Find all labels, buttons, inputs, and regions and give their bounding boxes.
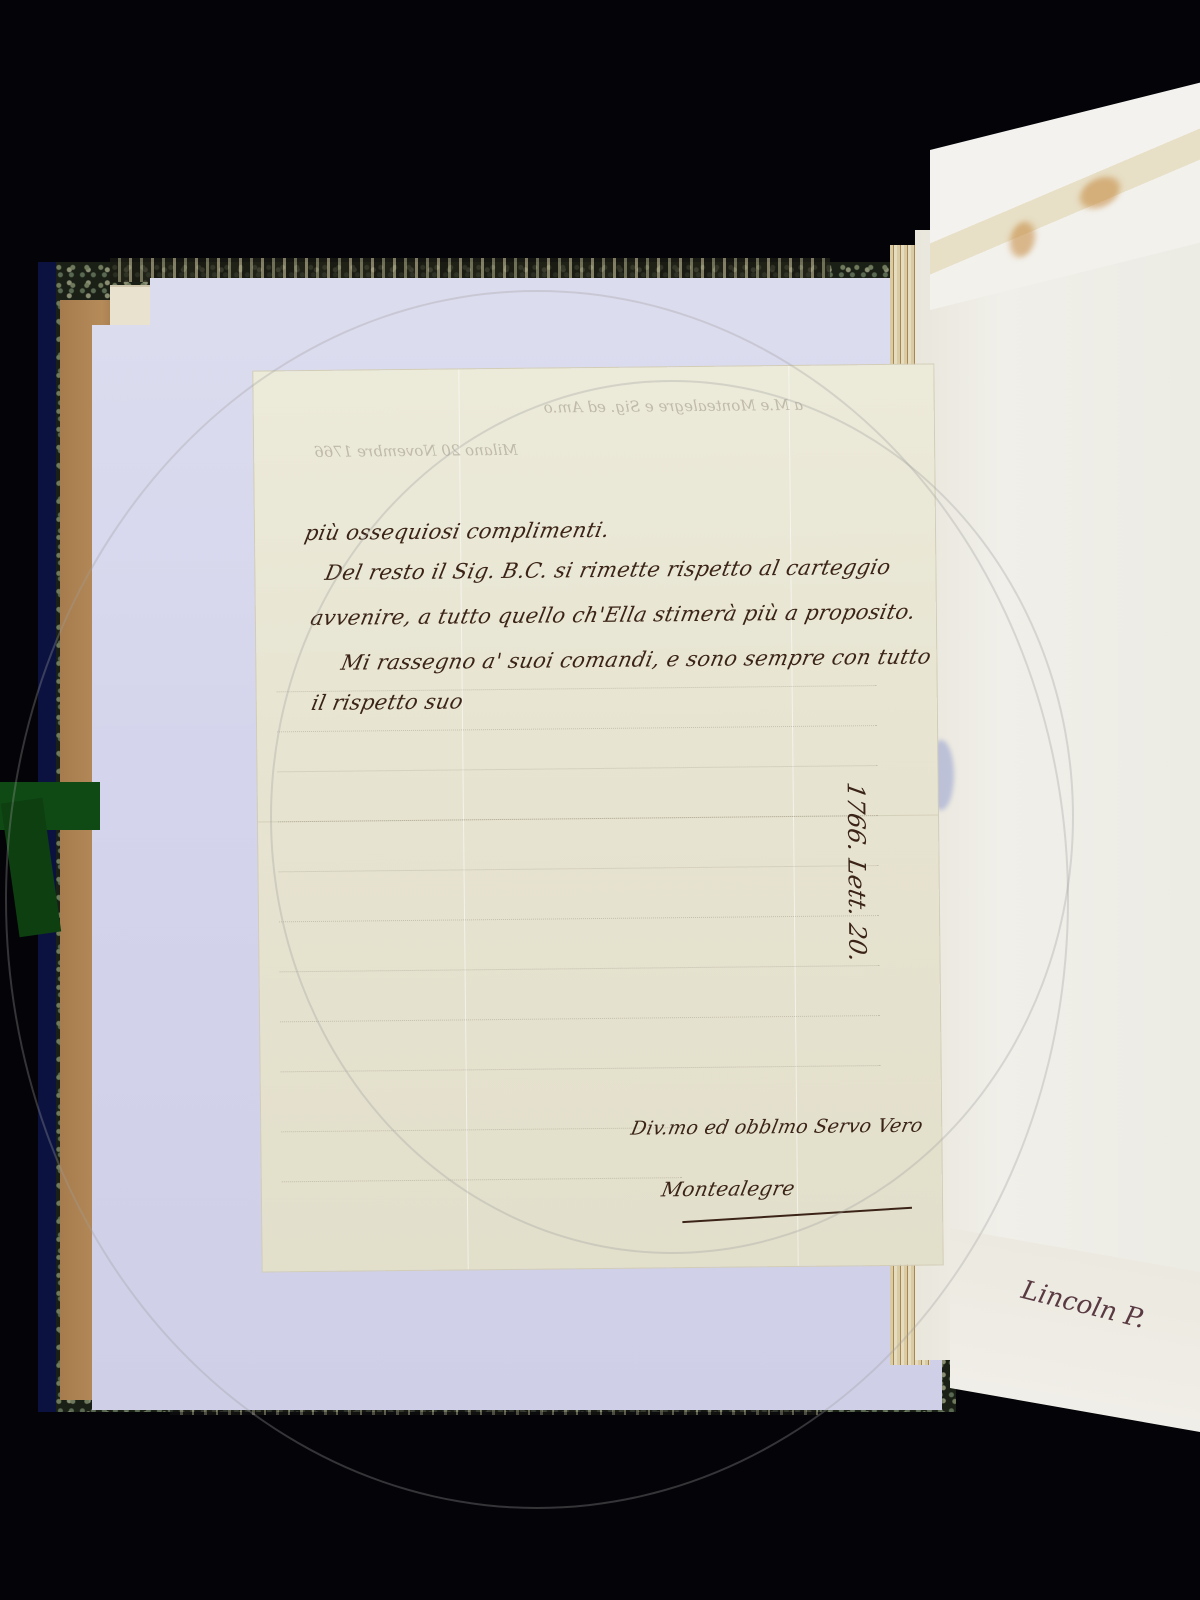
margin-annotation: 1766. Lett. 20. <box>842 781 872 965</box>
right-page <box>915 230 1200 1360</box>
letter-line-4: Mi rassegno a' suoi comandi, e sono semp… <box>339 644 933 674</box>
bleed-through-text: a M.e Montealegre e Sig. ed Am.o <box>544 396 804 417</box>
letter-line-3: avvenire, a tutto quello ch'Ella stimerà… <box>308 600 917 630</box>
bleed-through-line <box>281 1065 881 1086</box>
bleed-through-line <box>280 1015 880 1036</box>
bleed-through-line <box>277 725 877 746</box>
letter-line-1: più ossequiosi complimenti. <box>303 518 612 545</box>
bleed-through-line <box>279 865 879 886</box>
bleed-through-text: Milano 20 Novembre 1766 <box>314 441 518 461</box>
handwritten-letter: a M.e Montealegre e Sig. ed Am.o Milano … <box>253 364 942 1271</box>
bleed-through-line <box>279 915 879 936</box>
letter-signature: Montealegre <box>659 1176 797 1201</box>
bleed-through-line <box>277 765 877 786</box>
bleed-through-line <box>280 965 880 986</box>
bleed-through-line <box>281 1127 681 1146</box>
rust-stain <box>1010 219 1035 260</box>
rust-stain <box>1080 173 1120 213</box>
letter-closing: Div.mo ed obblmo Servo Vero <box>629 1115 925 1140</box>
letter-line-5: il rispetto suo <box>309 689 465 715</box>
bleed-through-line <box>278 815 878 836</box>
bleed-through-line <box>282 1177 682 1196</box>
letter-line-2: Del resto il Sig. B.C. si rimette rispet… <box>323 555 893 585</box>
